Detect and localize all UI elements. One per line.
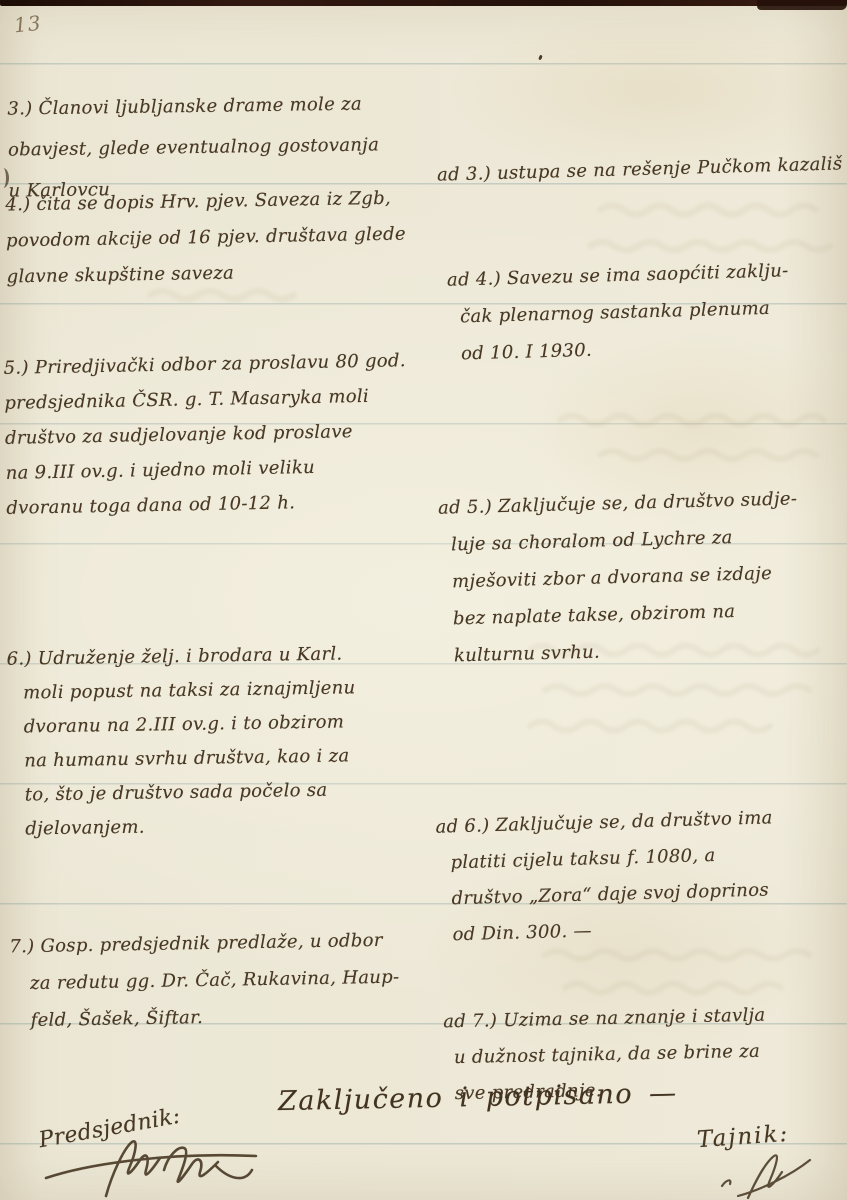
hw-line: kulturnu svrhu. [454,628,802,674]
hw-line: djelovanjem. [25,807,358,846]
minute-item-5: 5.) Priredjivački odbor za proslavu 80 g… [3,343,408,526]
page-number: 13 [13,11,43,38]
book-binding-edge-corner [757,0,847,10]
president-signature [28,1126,268,1200]
hw-line: za redutu gg. Dr. Čač, Rukavina, Haup- [30,959,400,1002]
minute-item-6: 6.) Udruženje želj. i brodara u Karl. mo… [6,637,357,846]
resolution-ad-6: ad 6.) Zaključuje se, da društvo ima pla… [435,800,776,953]
hw-line: moli popust na taksi za iznajmljenu [23,671,356,710]
secretary-label: Tajnik: [696,1121,790,1153]
hw-line: u dužnost tajnika, da se brine za [454,1034,767,1077]
hw-line: dvoranu toga dana od 10-12 h. [6,483,409,526]
secretary-signature [698,1150,828,1200]
hw-line: od 10. I 1930. [461,326,791,372]
minute-item-7: 7.) Gosp. predsjednik predlaže, u odbor … [9,922,400,1040]
resolution-ad-3: ad 3.) ustupa se na rešenje Pučkom kazal… [437,145,843,193]
hw-line: obavjest, glede eventualnog gostovanja [8,124,380,170]
hw-line: to, što je društvo sada počelo sa [25,773,358,812]
book-binding-edge [0,0,847,6]
hw-line: od Din. 300. — [452,908,776,953]
hw-line: glavne skupštine saveza [6,253,406,296]
manuscript-page: 13 3.) Članovi ljubljanske drame mole za… [0,0,847,1200]
resolution-ad-5: ad 5.) Zaključuje se, da društvo sudje- … [438,480,802,674]
hw-line: povodom akcije od 16 pjev. društava gled… [6,217,406,260]
ink-speck [538,55,543,61]
hw-line: dvoranu na 2.III ov.g. i to obzirom [23,705,356,744]
hw-line: ad 3.) ustupa se na rešenje Pučkom kazal… [437,145,843,193]
hw-line: feld, Šašek, Šiftar. [30,996,400,1039]
closing-statement: Zaključeno i potpisano — [278,1078,678,1117]
resolution-ad-4: ad 4.) Savezu se ima saopćiti zaklju- ča… [447,252,792,372]
hw-line: 3.) Članovi ljubljanske drame mole za [7,83,379,129]
minute-item-4: 4.) čita se dopis Hrv. pjev. Saveza iz Z… [5,181,407,296]
hw-line: na humanu svrhu društva, kao i za [24,739,357,778]
hw-line: 6.) Udruženje želj. i brodara u Karl. [6,637,355,676]
